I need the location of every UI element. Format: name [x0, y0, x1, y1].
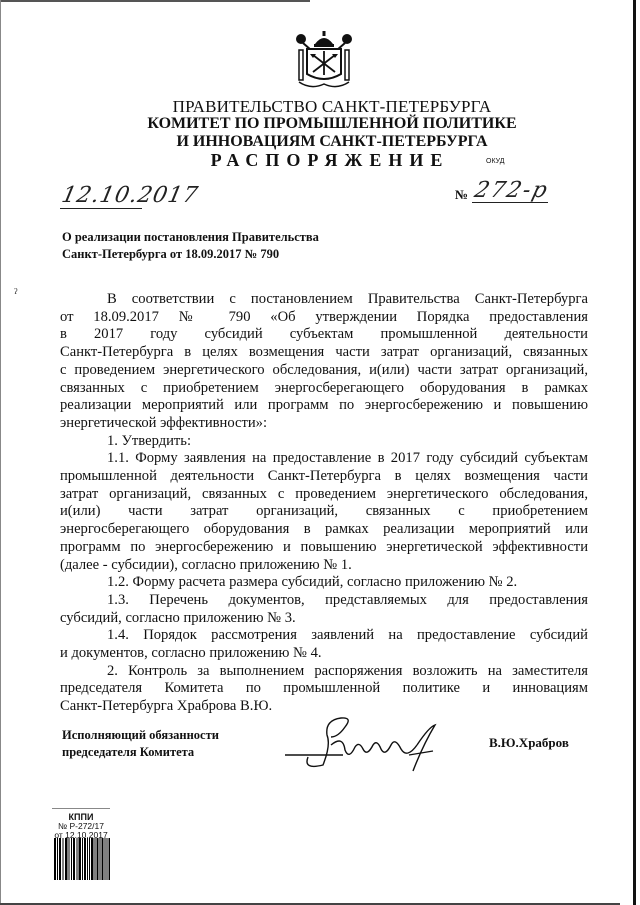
signatory-title-line1: Исполняющий обязанности: [62, 727, 219, 744]
item-2: 2. Контроль за выполнением распоряжения …: [60, 663, 588, 681]
date-underline: [60, 208, 142, 209]
item-1-4: и документов, согласно приложению № 4.: [60, 645, 588, 663]
item-1-1: 1.1. Форму заявления на предоставление в…: [60, 450, 588, 468]
coat-of-arms-icon: [293, 30, 355, 90]
number-sign: №: [455, 187, 468, 203]
item-1-3: 1.3. Перечень документов, представляемых…: [60, 592, 588, 610]
item-1-1: затрат организаций, связанных с проведен…: [60, 486, 588, 504]
committee-name-line1: КОМИТЕТ ПО ПРОМЫШЛЕННОЙ ПОЛИТИКЕ: [12, 115, 640, 133]
preamble-line: энергетической эффективности»:: [60, 415, 588, 433]
subject-line1: О реализации постановления Правительства: [62, 229, 319, 246]
handwritten-number: 272-р: [472, 178, 552, 203]
preamble-line: связанных с приобретением энергосберегаю…: [60, 380, 588, 398]
committee-name-line2: И ИННОВАЦИЯМ САНКТ-ПЕТЕРБУРГА: [12, 133, 640, 151]
document-subject: О реализации постановления Правительства…: [62, 229, 319, 263]
preamble-line: Санкт-Петербурга в целях возмещения част…: [60, 344, 588, 362]
document-type: РАСПОРЯЖЕНИЕ: [10, 150, 640, 171]
item-1-1: программ по энергосбережению и повышению…: [60, 539, 588, 557]
barcode-icon: [54, 838, 110, 880]
government-name: ПРАВИТЕЛЬСТВО САНКТ-ПЕТЕРБУРГА: [12, 97, 640, 117]
item-2: Санкт-Петербурга Храброва В.Ю.: [60, 698, 588, 716]
item-1-4: 1.4. Порядок рассмотрения заявлений на п…: [60, 627, 588, 645]
subject-line2: Санкт-Петербурга от 18.09.2017 № 790: [62, 246, 319, 263]
margin-mark: ʔ: [14, 287, 18, 296]
item-1-1: (далее - субсидии), согласно приложению …: [60, 557, 588, 575]
preamble-line: реализации мероприятий или программ по э…: [60, 397, 588, 415]
handwritten-signature-icon: [283, 715, 453, 775]
preamble-line: с проведением энергетического обследован…: [60, 362, 588, 380]
preamble-line: В соответствии с постановлением Правител…: [60, 291, 588, 309]
item-1-1: энергосберегающего оборудования в рамках…: [60, 521, 588, 539]
item-2: председателя Комитета по промышленной по…: [60, 680, 588, 698]
item-1-2: 1.2. Форму расчета размера субсидий, сог…: [60, 574, 588, 592]
preamble-line: в 2017 году субсидий субъектам промышлен…: [60, 326, 588, 344]
stamp-rule: [52, 808, 110, 809]
item-1-3: субсидий, согласно приложению № 3.: [60, 610, 588, 628]
okud-label: ОКУД: [486, 158, 504, 165]
document-page: ПРАВИТЕЛЬСТВО САНКТ-ПЕТЕРБУРГА КОМИТЕТ П…: [0, 0, 640, 905]
item-1-1: промышленной деятельности Санкт-Петербур…: [60, 468, 588, 486]
signatory-title: Исполняющий обязанности председателя Ком…: [62, 727, 219, 761]
preamble-line: от 18.09.2017 № 790 «Об утверждении Поря…: [60, 309, 588, 327]
handwritten-date: 12.10.2017: [59, 183, 200, 208]
scan-edge-left: [0, 0, 1, 905]
scan-edge-top: [0, 0, 310, 2]
item-1-1: и(или) части затрат организаций, связанн…: [60, 503, 588, 521]
document-body: В соответствии с постановлением Правител…: [60, 291, 588, 716]
registration-stamp: КППИ № Р-272/17 от 12.10.2017: [52, 808, 110, 840]
signatory-title-line2: председателя Комитета: [62, 744, 219, 761]
signer-name: В.Ю.Храбров: [489, 735, 569, 751]
number-underline: [472, 202, 548, 203]
item-1: 1. Утвердить:: [60, 433, 588, 451]
